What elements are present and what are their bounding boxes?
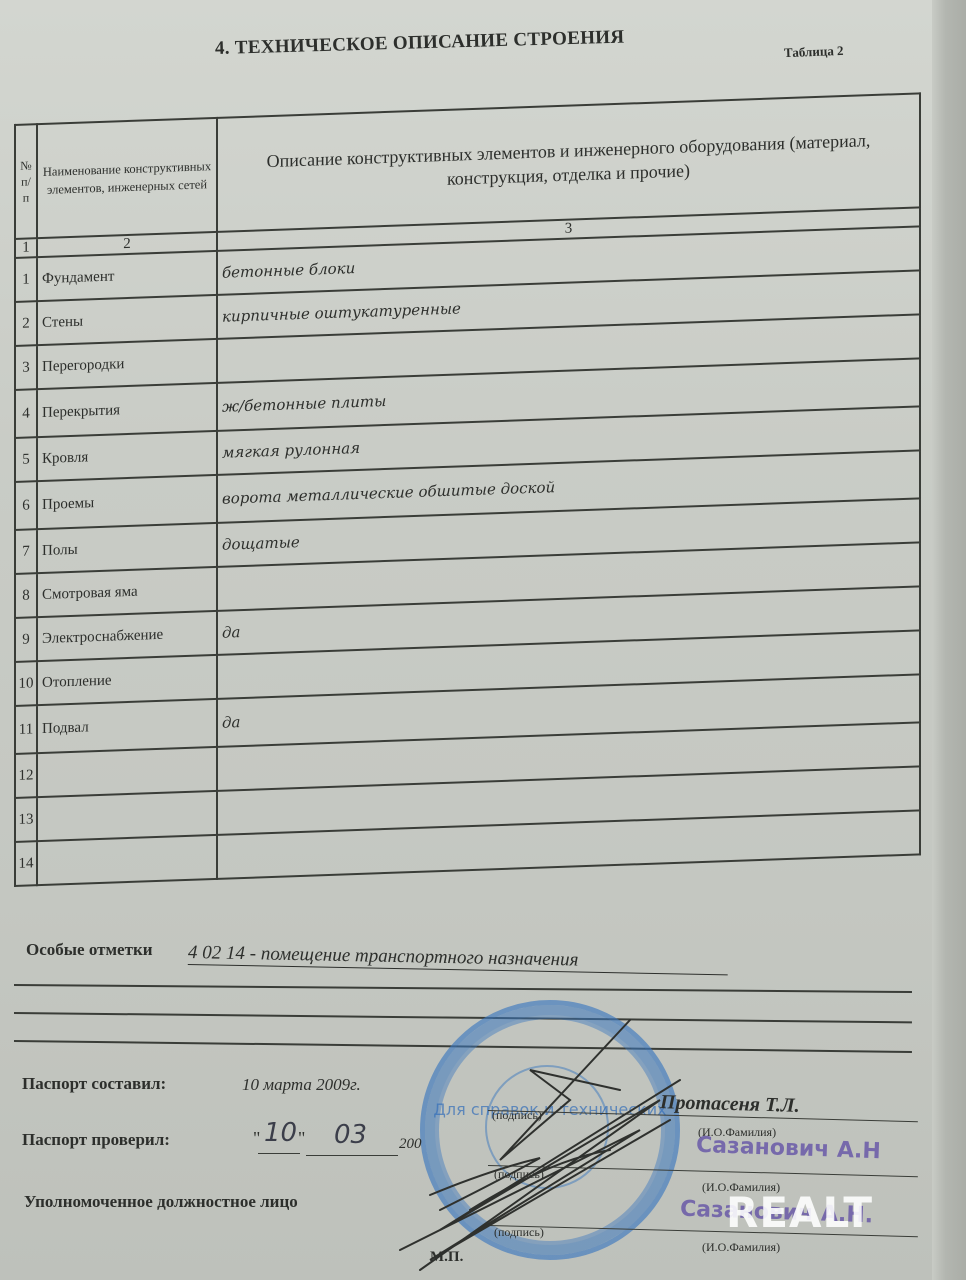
row-number: 13: [15, 797, 37, 842]
seal-place-label: М.П.: [430, 1249, 463, 1266]
technical-description-table: №п/п Наименование конструктивных элемент…: [14, 92, 924, 887]
row-number: 1: [15, 257, 37, 302]
element-name: [37, 835, 217, 885]
row-number: 5: [15, 437, 37, 482]
element-name: [37, 747, 217, 797]
checked-day: 10: [264, 1118, 297, 1148]
element-name: [37, 791, 217, 841]
element-name: Отопление: [37, 655, 217, 705]
element-name: Кровля: [37, 431, 217, 481]
row-number: 2: [15, 301, 37, 346]
row-number: 3: [15, 345, 37, 390]
special-notes-label: Особые отметки: [26, 940, 153, 960]
row-number: 8: [15, 573, 37, 618]
element-name: Электроснабжение: [37, 611, 217, 661]
element-name: Фундамент: [37, 251, 217, 301]
row-number: 10: [15, 661, 37, 706]
element-name: Проемы: [37, 475, 217, 529]
row-number: 14: [15, 841, 37, 886]
element-name: Перекрытия: [37, 383, 217, 437]
row-number: 4: [15, 389, 37, 438]
checked-label: Паспорт проверил:: [22, 1130, 170, 1150]
row-number: 7: [15, 529, 37, 574]
realt-watermark: REALT: [726, 1188, 873, 1237]
element-name: Перегородки: [37, 339, 217, 389]
header-element-name: Наименование конструктивных элементов, и…: [37, 118, 217, 238]
element-name: Стены: [37, 295, 217, 345]
header-number: №п/п: [15, 124, 37, 239]
compiled-date: 10 марта 2009г.: [242, 1075, 361, 1095]
row-number: 11: [15, 705, 37, 754]
row-number: 6: [15, 481, 37, 530]
row-number: 12: [15, 753, 37, 798]
official-label: Уполномоченное должностное лицо: [24, 1192, 298, 1212]
element-name: Смотровая яма: [37, 567, 217, 617]
checked-month: 03: [334, 1120, 367, 1150]
name-caption: (И.О.Фамилия): [702, 1240, 780, 1255]
compiled-label: Паспорт составил:: [22, 1074, 166, 1094]
element-name: Подвал: [37, 699, 217, 753]
page-edge: [932, 0, 966, 1280]
element-name: Полы: [37, 523, 217, 573]
row-number: 9: [15, 617, 37, 662]
handwritten-signature: [380, 1010, 700, 1280]
table-label: Таблица 2: [784, 43, 844, 61]
